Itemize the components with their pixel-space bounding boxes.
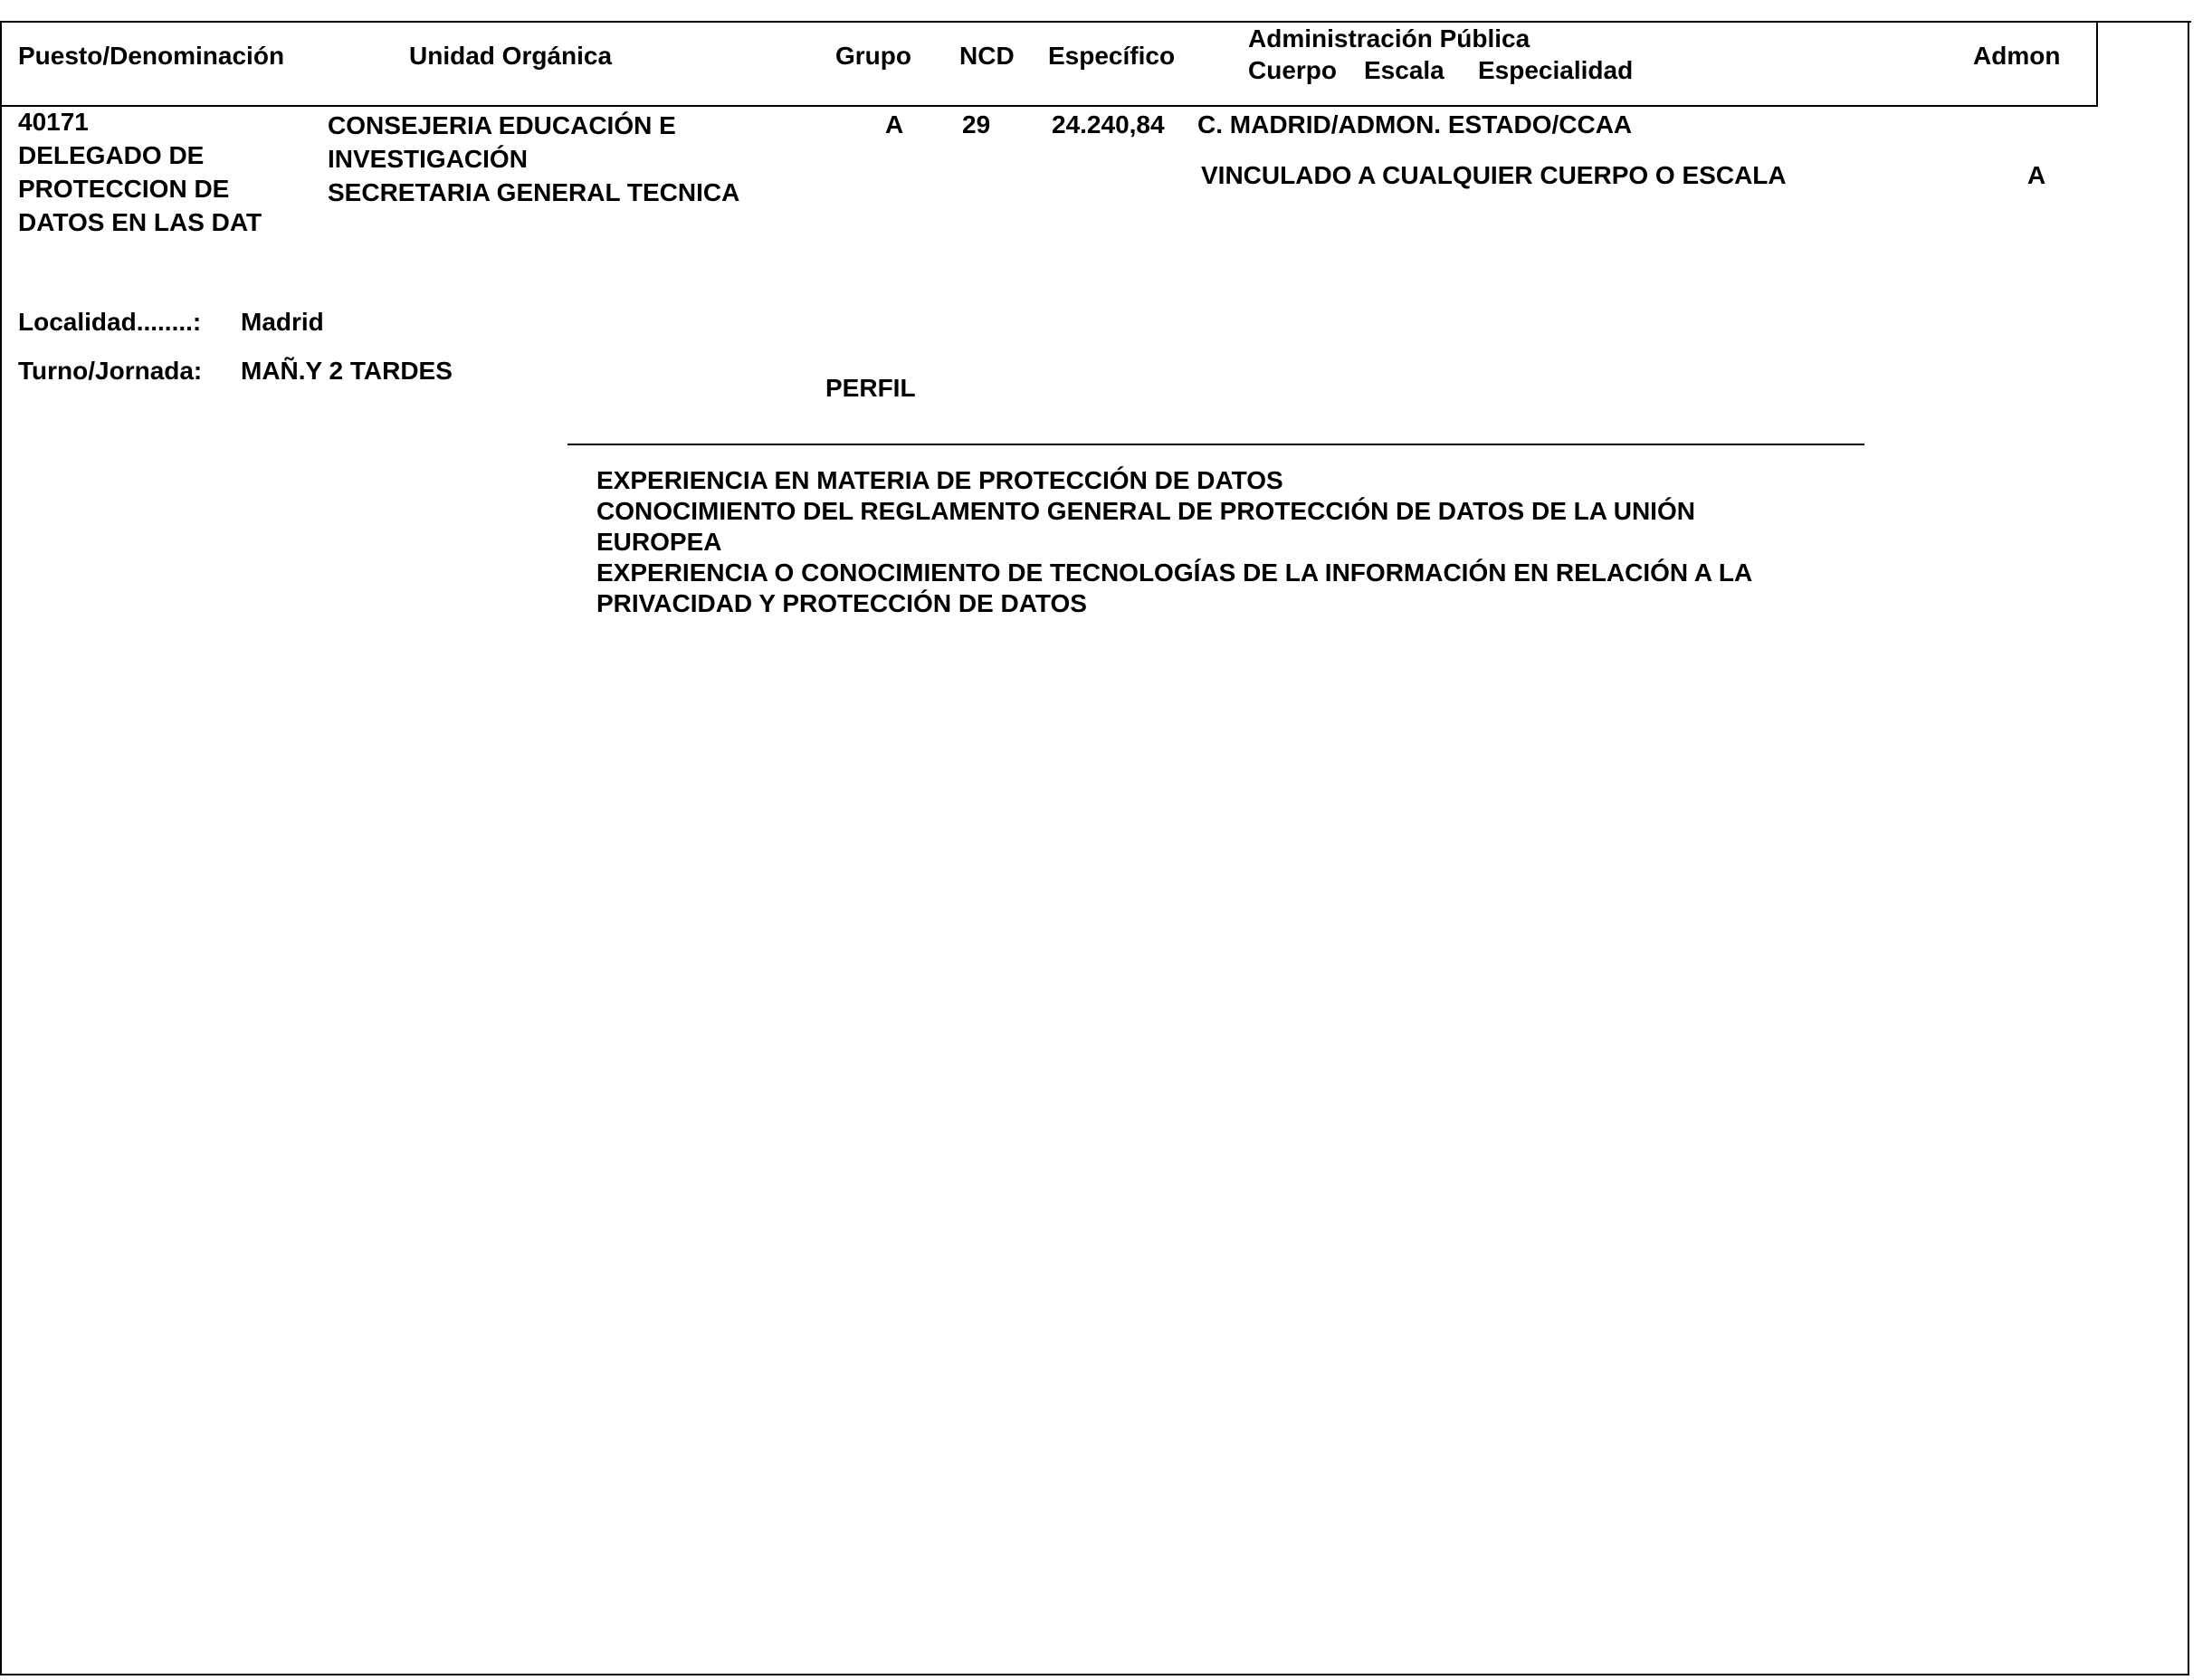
record-ncd: 29 [962, 112, 990, 138]
record-codigo: 40171 [18, 105, 262, 138]
perfil-list: EXPERIENCIA EN MATERIA DE PROTECCIÓN DE … [596, 465, 1752, 619]
record-denominacion-1: DELEGADO DE [18, 138, 262, 172]
record-unidad: CONSEJERIA EDUCACIÓN E INVESTIGACIÓN SEC… [328, 109, 739, 209]
record-especifico: 24.240,84 [1052, 112, 1165, 138]
header-grupo: Grupo [835, 43, 911, 69]
header-unidad: Unidad Orgánica [409, 43, 612, 69]
header-puesto: Puesto/Denominación [18, 43, 284, 69]
perfil-item: CONOCIMIENTO DEL REGLAMENTO GENERAL DE P… [596, 496, 1752, 527]
record-administracion-publica: C. MADRID/ADMON. ESTADO/CCAA [1197, 112, 1632, 138]
record-denominacion-3: DATOS EN LAS DAT [18, 205, 262, 239]
turno-value: MAÑ.Y 2 TARDES [241, 358, 453, 384]
header-especifico: Específico [1048, 43, 1175, 69]
header-especialidad: Especialidad [1478, 58, 1633, 83]
record-puesto: 40171 DELEGADO DE PROTECCION DE DATOS EN… [18, 105, 262, 239]
record-admon: A [2027, 163, 2045, 188]
perfil-separator [567, 444, 1864, 445]
perfil-item: EXPERIENCIA O CONOCIMIENTO DE TECNOLOGÍA… [596, 558, 1752, 588]
record-unidad-1: CONSEJERIA EDUCACIÓN E [328, 109, 739, 142]
perfil-title: PERFIL [825, 376, 916, 401]
turno-label: Turno/Jornada: [18, 358, 202, 384]
header-admon: Admon [1973, 43, 2060, 69]
record-cuerpo-escala: VINCULADO A CUALQUIER CUERPO O ESCALA [1201, 163, 1787, 188]
perfil-item: EXPERIENCIA EN MATERIA DE PROTECCIÓN DE … [596, 465, 1752, 496]
localidad-label: Localidad........: [18, 310, 201, 335]
header-ncd: NCD [959, 43, 1015, 69]
header-administracion: Administración Pública [1248, 26, 1530, 52]
record-denominacion-2: PROTECCION DE [18, 172, 262, 205]
header-cuerpo: Cuerpo [1248, 58, 1337, 83]
header-escala: Escala [1364, 58, 1444, 83]
perfil-item: PRIVACIDAD Y PROTECCIÓN DE DATOS [596, 588, 1752, 619]
record-grupo: A [885, 112, 903, 138]
perfil-item: EUROPEA [596, 527, 1752, 558]
page-frame [0, 21, 2189, 1675]
record-unidad-3: SECRETARIA GENERAL TECNICA [328, 176, 739, 209]
localidad-value: Madrid [241, 310, 324, 335]
record-unidad-2: INVESTIGACIÓN [328, 142, 739, 176]
